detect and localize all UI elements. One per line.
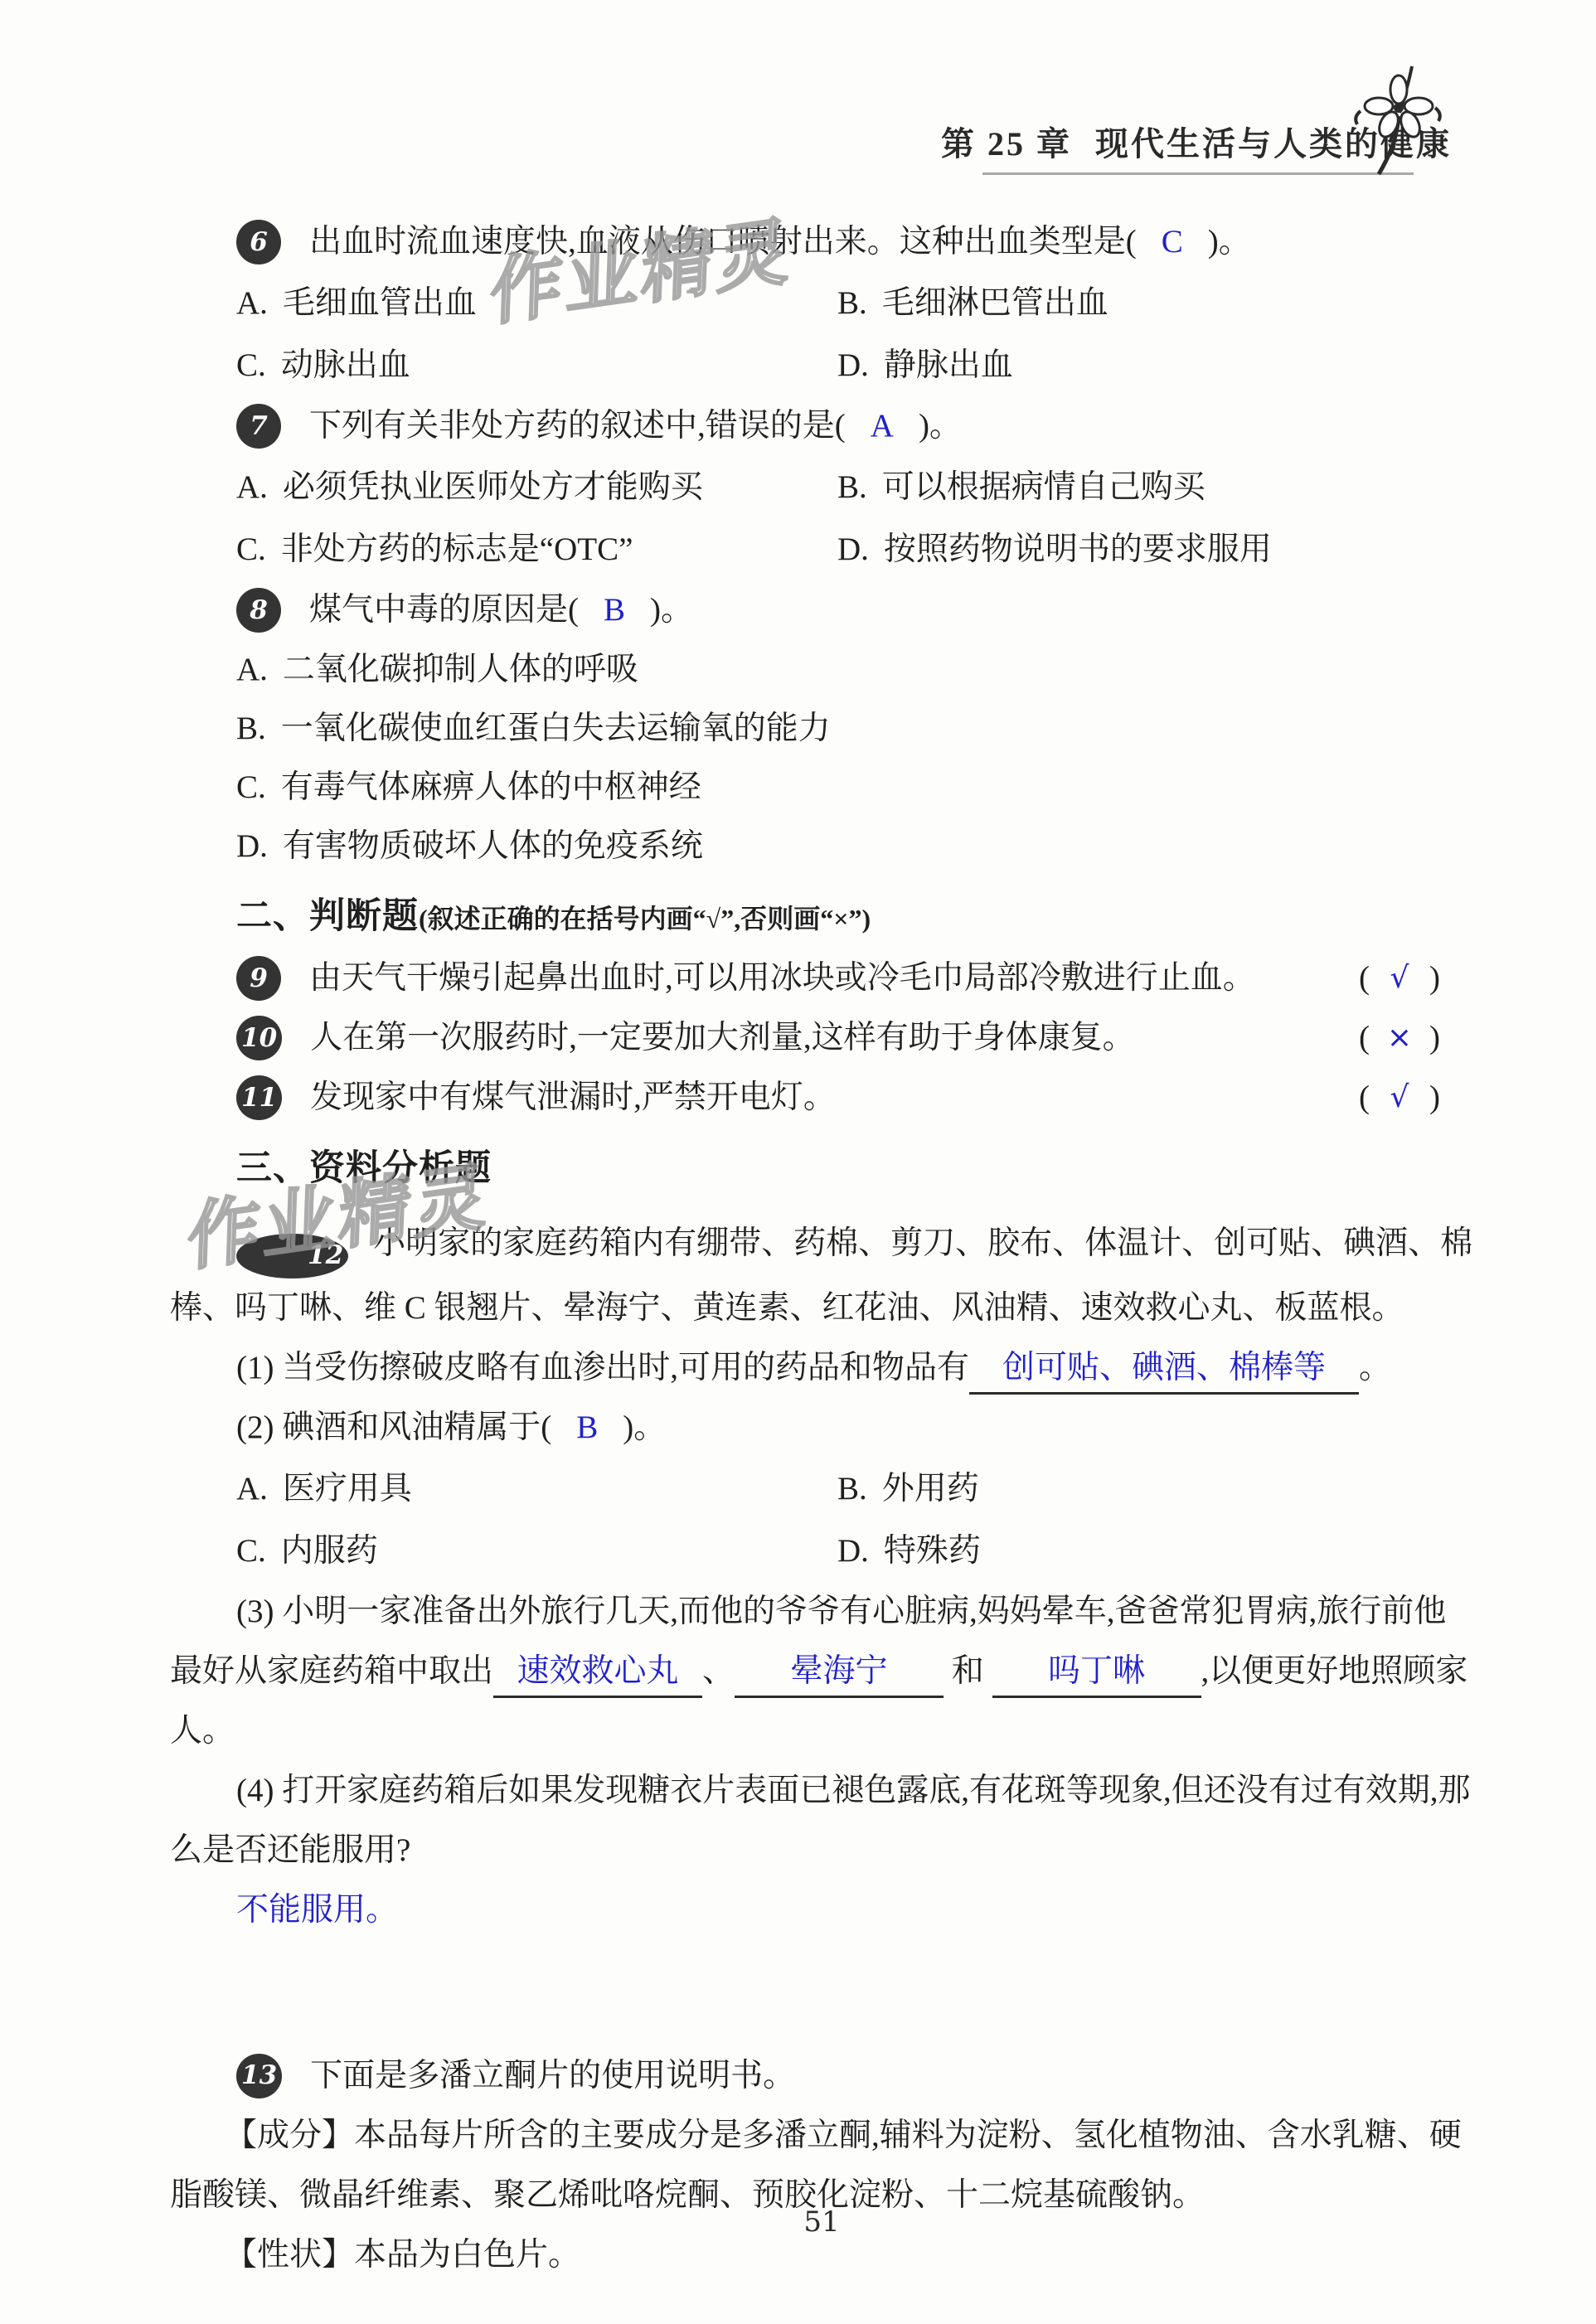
- paren-open: (: [835, 396, 846, 456]
- paren-close: )。: [650, 580, 693, 640]
- question-10: 10 人在第一次服药时,一定要加大剂量,这样有助于身体康复。 (×): [236, 1008, 1473, 1068]
- part4-text: (4) 打开家庭药箱后如果发现糖衣片表面已褪色露底,有花斑等现象,但还没有过有效…: [170, 1773, 1470, 1868]
- option-d: D.有害物质破坏人体的免疫系统: [236, 817, 1473, 876]
- section-2-title: 二、判断题: [236, 897, 419, 936]
- option-a: A.毛细血管出血: [236, 272, 837, 334]
- question-8-options: A.二氧化碳抑制人体的呼吸 B.一氧化碳使血红蛋白失去运输氧的能力 C.有毒气体…: [236, 640, 1473, 876]
- chapter-number: 第 25 章: [941, 125, 1072, 163]
- page-number: 51: [170, 2205, 1473, 2239]
- question-12-part2-stem: (2) 碘酒和风油精属于(B)。: [170, 1398, 1473, 1458]
- option-a: A.必须凭执业医师处方才能购买: [236, 456, 837, 518]
- question-12-stem: 12小明家的家庭药箱内有绷带、药棉、剪刀、胶布、体温计、创可贴、碘酒、棉棒、吗丁…: [170, 1214, 1473, 1338]
- option-a: A.医疗用具: [236, 1458, 837, 1520]
- part1-answer: 创可贴、碘酒、棉棒等: [1002, 1350, 1326, 1385]
- cross-mark: ×: [1370, 1008, 1429, 1068]
- option-b: B.可以根据病情自己购买: [837, 456, 1473, 518]
- part1-text: (1) 当受伤擦破皮略有血渗出时,可用的药品和物品有: [236, 1350, 969, 1385]
- option-c: C.有毒气体麻痹人体的中枢神经: [236, 758, 1473, 817]
- question-9-badge: 9: [236, 956, 281, 1001]
- question-7-text: 下列有关非处方药的叙述中,错误的是: [309, 396, 835, 456]
- question-8-stem: 8 煤气中毒的原因是(B)。: [236, 580, 1473, 640]
- fill-blank: 吗丁啉: [992, 1647, 1201, 1698]
- question-7-stem: 7 下列有关非处方药的叙述中,错误的是(A)。: [236, 396, 1473, 456]
- section-2-heading: 二、判断题(叙述正确的在括号内画“√”,否则画“×”): [236, 887, 1473, 949]
- option-d: D.按照药物说明书的要求服用: [837, 518, 1473, 580]
- question-12-part1: (1) 当受伤擦破皮略有血渗出时,可用的药品和物品有创可贴、碘酒、棉棒等。: [170, 1338, 1473, 1398]
- question-6-badge: 6: [236, 220, 281, 264]
- fill-blank: 晕海宁: [735, 1647, 944, 1698]
- part2-answer: B: [551, 1409, 623, 1445]
- question-7-badge: 7: [236, 404, 281, 449]
- question-13-stem: 13 下面是多潘立酮片的使用说明书。: [236, 2046, 1473, 2106]
- option-c: C.内服药: [236, 1520, 837, 1582]
- part3-answer-3: 吗丁啉: [1048, 1653, 1145, 1689]
- question-13-text: 下面是多潘立酮片的使用说明书。: [310, 2046, 795, 2106]
- question-12-part3: (3) 小明一家准备出外旅行几天,而他的爷爷有心脏病,妈妈晕车,爸爸常犯胃病,旅…: [170, 1582, 1473, 1761]
- question-9-answer: (√): [1359, 949, 1440, 1008]
- paren-open: (: [568, 580, 579, 640]
- part1-suffix: 。: [1359, 1350, 1391, 1385]
- question-6-answer: C: [1137, 212, 1208, 272]
- question-6-stem: 6 出血时流血速度快,血液从伤口喷射出来。这种出血类型是(C)。: [236, 212, 1473, 272]
- option-b: B.毛细淋巴管出血: [837, 272, 1473, 334]
- question-8-text: 煤气中毒的原因是: [309, 580, 568, 640]
- paren-open: (: [541, 1409, 551, 1445]
- option-b: B.外用药: [837, 1458, 1473, 1520]
- fill-blank: 创可贴、碘酒、棉棒等: [969, 1344, 1359, 1395]
- workbook-page: 作业精灵 作业精灵 第 25 章现代生活与人类的健康 6 出血时流血速度快,血液…: [0, 0, 1596, 2324]
- check-mark: √: [1370, 949, 1429, 1008]
- option-d: D.特殊药: [837, 1520, 1473, 1582]
- question-11-badge: 11: [236, 1075, 282, 1120]
- flower-icon: [1347, 65, 1443, 177]
- question-12-part4: (4) 打开家庭药箱后如果发现糖衣片表面已褪色露底,有花斑等现象,但还没有过有效…: [170, 1761, 1473, 1880]
- question-9-text: 由天气干燥引起鼻出血时,可以用冰块或冷毛巾局部冷敷进行止血。: [309, 949, 1255, 1008]
- section-2-note: (叙述正确的在括号内画“√”,否则画“×”): [419, 904, 871, 934]
- question-12-badge: 12: [236, 1234, 348, 1278]
- question-10-answer: (×): [1359, 1008, 1440, 1068]
- option-c: C.非处方药的标志是“OTC”: [236, 518, 837, 580]
- section-3-title: 三、资料分析题: [236, 1149, 492, 1188]
- part3-sep2: 和: [952, 1653, 984, 1689]
- question-9: 9 由天气干燥引起鼻出血时,可以用冰块或冷毛巾局部冷敷进行止血。 (√): [236, 949, 1473, 1008]
- fill-blank: 速效救心丸: [493, 1647, 702, 1698]
- question-6-text: 出血时流血速度快,血液从伤口喷射出来。这种出血类型是: [309, 212, 1126, 272]
- part3-sep1: 、: [702, 1653, 735, 1689]
- question-11-answer: (√): [1359, 1068, 1440, 1128]
- question-13-badge: 13: [236, 2054, 282, 2098]
- question-7-options: A.必须凭执业医师处方才能购买 B.可以根据病情自己购买 C.非处方药的标志是“…: [236, 456, 1473, 580]
- part4-answer: 不能服用。: [236, 1880, 1473, 1940]
- question-8-answer: B: [579, 580, 650, 640]
- paren-close: )。: [623, 1409, 666, 1445]
- paren-close: )。: [919, 396, 962, 456]
- question-8-badge: 8: [236, 588, 281, 633]
- question-10-text: 人在第一次服药时,一定要加大剂量,这样有助于身体康复。: [310, 1008, 1135, 1068]
- option-d: D.静脉出血: [837, 334, 1473, 396]
- question-7-answer: A: [846, 396, 919, 456]
- option-c: C.动脉出血: [236, 334, 837, 396]
- page-content: 6 出血时流血速度快,血液从伤口喷射出来。这种出血类型是(C)。 A.毛细血管出…: [170, 212, 1473, 2285]
- option-b: B.一氧化碳使血红蛋白失去运输氧的能力: [236, 699, 1473, 758]
- paren-open: (: [1126, 212, 1137, 272]
- question-12-text: 小明家的家庭药箱内有绷带、药棉、剪刀、胶布、体温计、创可贴、碘酒、棉棒、吗丁啉、…: [170, 1225, 1472, 1326]
- question-11: 11 发现家中有煤气泄漏时,严禁开电灯。 (√): [236, 1068, 1473, 1128]
- question-12-part2-options: A.医疗用具 B.外用药 C.内服药 D.特殊药: [236, 1458, 1473, 1582]
- paren-close: )。: [1208, 212, 1251, 272]
- option-a: A.二氧化碳抑制人体的呼吸: [236, 640, 1473, 699]
- part3-answer-1: 速效救心丸: [517, 1653, 679, 1689]
- part3-answer-2: 晕海宁: [791, 1653, 888, 1689]
- question-6-options: A.毛细血管出血 B.毛细淋巴管出血 C.动脉出血 D.静脉出血: [236, 272, 1473, 396]
- part2-text: (2) 碘酒和风油精属于: [236, 1409, 541, 1445]
- section-3-heading: 三、资料分析题: [236, 1139, 1473, 1199]
- question-11-text: 发现家中有煤气泄漏时,严禁开电灯。: [310, 1068, 836, 1128]
- question-10-badge: 10: [236, 1016, 282, 1060]
- check-mark: √: [1370, 1068, 1429, 1128]
